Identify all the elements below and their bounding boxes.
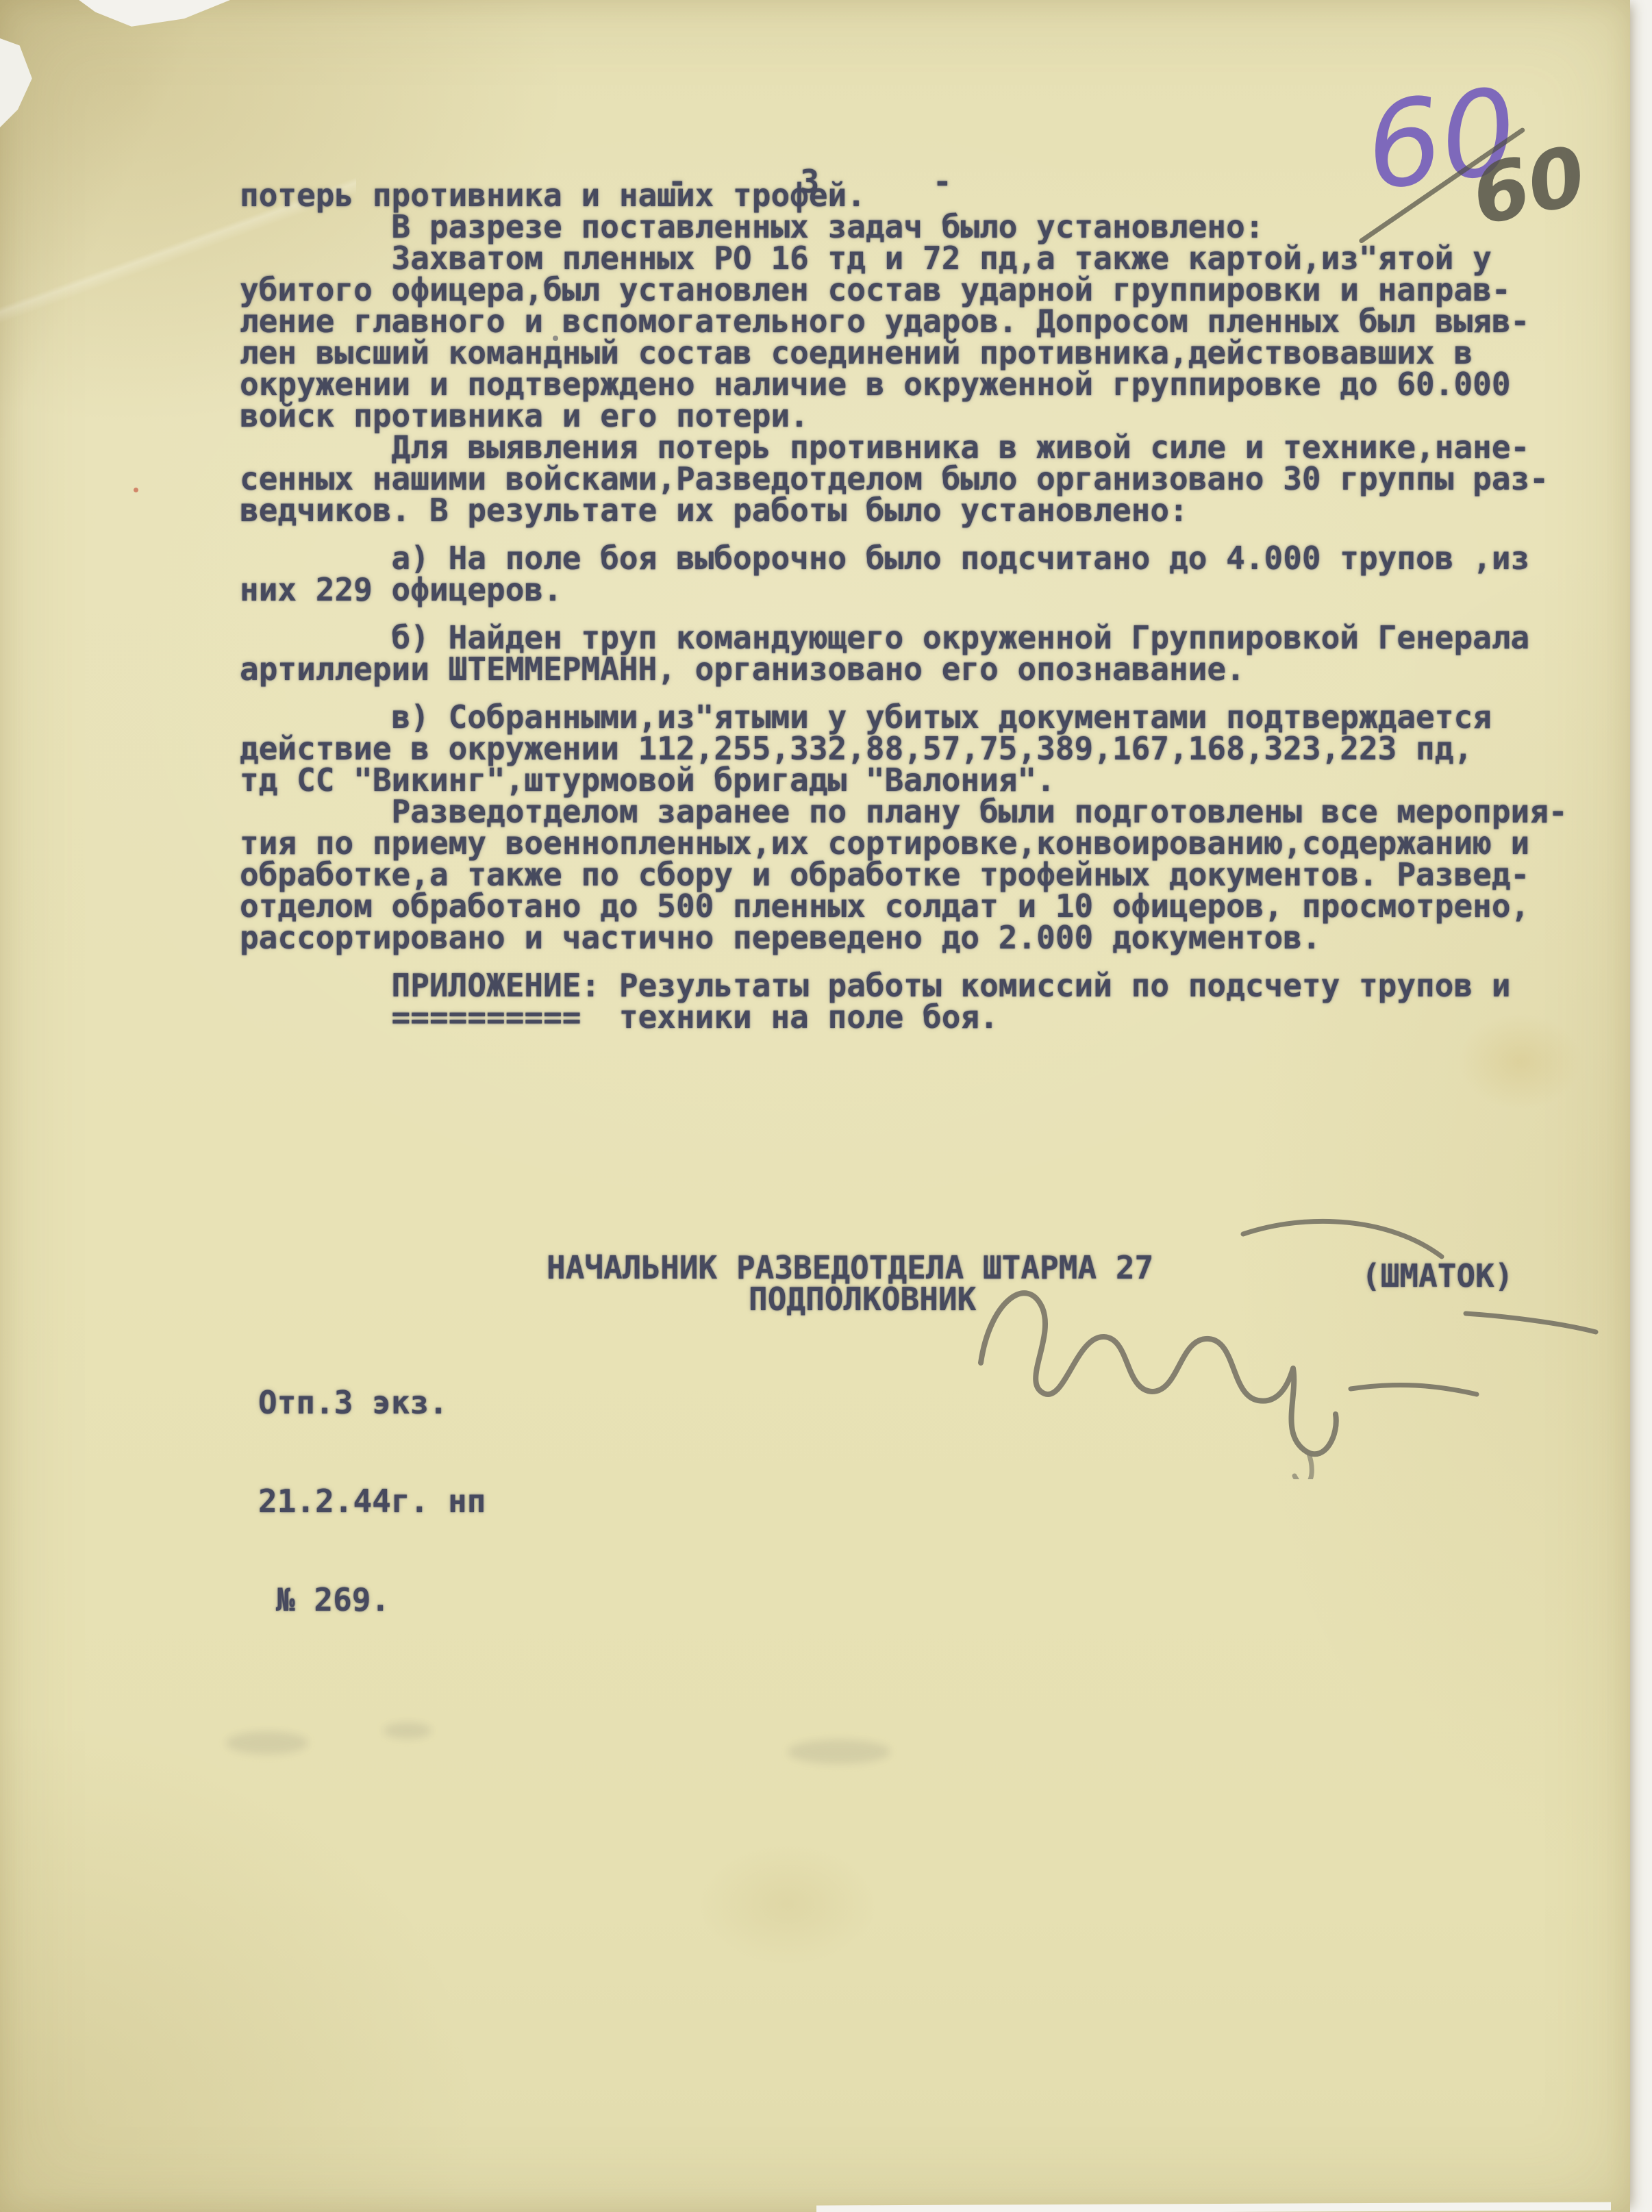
typed-body: потерь противника и наших трофей. В разр… — [240, 179, 1568, 1033]
pencil-smudge — [788, 1739, 890, 1764]
typed-line: а) На поле боя выборочно было подсчитано… — [240, 542, 1568, 574]
footer-block: Отп.3 экз. 21.2.44г. нп № 269. — [258, 1320, 486, 1682]
typed-line: окружении и подтверждено наличие в окруж… — [240, 368, 1568, 400]
typed-line: лен высший командный состав соединений п… — [240, 337, 1568, 368]
typed-line: артиллерии ШТЕММЕРМАНН, организовано его… — [240, 653, 1568, 685]
typed-line: ПРИЛОЖЕНИЕ: Результаты работы комиссий п… — [240, 970, 1568, 1001]
typed-line: убитого офицера,был установлен состав уд… — [240, 274, 1568, 305]
typed-line: тд СС "Викинг",штурмовой бригады "Валони… — [240, 764, 1568, 796]
typed-line: ление главного и вспомогательного ударов… — [240, 305, 1568, 337]
typed-line: отделом обработано до 500 пленных солдат… — [240, 890, 1568, 922]
ink-speck — [134, 488, 138, 492]
date-note: 21.2.44г. нп — [258, 1485, 486, 1518]
typed-line: В разрезе поставленных задач было устано… — [240, 211, 1568, 242]
typed-line: ========== техники на поле боя. — [240, 1001, 1568, 1033]
typed-line: действие в окружении 112,255,332,88,57,7… — [240, 733, 1568, 764]
typed-line: Для выявления потерь противника в живой … — [240, 431, 1568, 463]
typed-line: б) Найден труп командующего окруженной Г… — [240, 622, 1568, 653]
typed-line: рассортировано и частично переведено до … — [240, 922, 1568, 953]
scan-strip-bottom — [816, 2202, 1611, 2212]
typed-line: тия по приему военнопленных,их сортировк… — [240, 827, 1568, 859]
paper-sheet: - 3 - 60 60 потерь противника и наших тр… — [0, 0, 1630, 2212]
typed-line: войск противника и его потери. — [240, 400, 1568, 431]
typed-line: Разведотделом заранее по плану были подг… — [240, 796, 1568, 827]
typed-line: сенных нашими войсками,Разведотделом был… — [240, 463, 1568, 494]
typed-line: в) Собранными,из"ятыми у убитых документ… — [240, 701, 1568, 733]
scanned-document: - 3 - 60 60 потерь противника и наших тр… — [0, 0, 1652, 2212]
typed-line: обработке,а также по сбору и обработке т… — [240, 859, 1568, 890]
typed-line: ведчиков. В результате их работы было ус… — [240, 494, 1568, 526]
typed-line: Захватом пленных РО 16 тд и 72 пд,а такж… — [240, 242, 1568, 274]
typed-line: потерь противника и наших трофей. — [240, 179, 1568, 211]
handwritten-signature — [925, 1192, 1652, 1479]
typed-line: них 229 офицеров. — [240, 574, 1568, 605]
pencil-smudge — [384, 1722, 431, 1739]
paper-stain — [699, 1842, 877, 1965]
copies-note: Отп.3 экз. — [258, 1386, 486, 1419]
pencil-smudge — [226, 1731, 308, 1755]
document-number: № 269. — [258, 1583, 486, 1616]
